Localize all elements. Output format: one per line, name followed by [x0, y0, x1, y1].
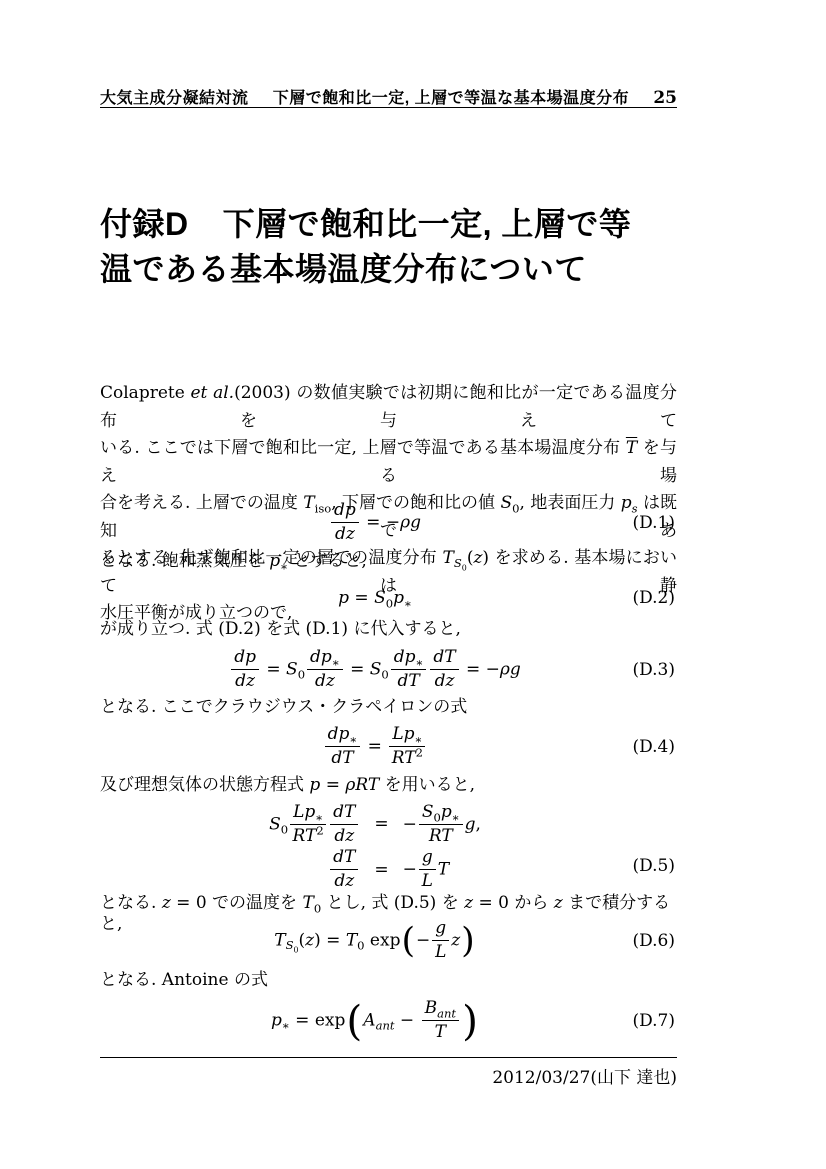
equation-d3: dpdz = S0dp∗dz = S0dp∗dTdTdz = −ρg (D.3)	[100, 646, 677, 693]
equation-d5-row2-lhs: dTdz	[269, 847, 360, 893]
equation-d1-content: dpdz = −ρg	[329, 500, 421, 546]
equation-d4-label: (D.4)	[632, 737, 675, 757]
equation-d5-row-1: S0Lp∗RT2dTdz = −S0p∗RTg,	[269, 802, 481, 848]
equation-d7-label: (D.7)	[632, 1011, 675, 1031]
appendix-title-line-1: 下層で飽和比一定, 上層で等	[223, 206, 632, 242]
equation-d6-label: (D.6)	[632, 931, 675, 951]
equation-d2-label: (D.2)	[632, 588, 675, 608]
paragraph-line: いる. ここでは下層で飽和比一定, 上層で等温である基本場温度分布 T を与える…	[100, 435, 677, 490]
header-page-number: 25	[653, 88, 677, 108]
equation-d4-content: dp∗dT = Lp∗RT2	[323, 724, 428, 770]
document-page: 大気主成分凝結対流 下層で飽和比一定, 上層で等温な基本場温度分布 25 付録D…	[0, 0, 826, 1169]
equation-d5-row-2: dTdz = −gLT	[269, 847, 481, 893]
equation-d3-content: dpdz = S0dp∗dz = S0dp∗dTdTdz = −ρg	[229, 647, 521, 693]
equation-d5-label: (D.5)	[632, 856, 675, 876]
equation-d3-label: (D.3)	[632, 660, 675, 680]
equation-d6-content: TS0(z) = T0 exp(−gLz)	[274, 918, 476, 964]
equation-d5-row2-rel: =	[360, 847, 402, 893]
header-rule	[100, 107, 677, 108]
page-footer: 2012/03/27(山下 達也)	[100, 1063, 677, 1088]
equation-d5-row1-rel: =	[360, 802, 402, 848]
body-line-after-d2: が成り立つ. 式 (D.2) を式 (D.1) に代入すると,	[100, 619, 677, 640]
equation-d7-content: p∗ = exp(Aant − BantT)	[271, 998, 479, 1044]
equation-d7: p∗ = exp(Aant − BantT) (D.7)	[100, 994, 677, 1047]
equation-d5-align: S0Lp∗RT2dTdz = −S0p∗RTg, dTdz = −gLT	[269, 802, 481, 893]
appendix-title-line-2: 温である基本場温度分布について	[100, 251, 587, 287]
appendix-title: 付録D下層で飽和比一定, 上層で等 温である基本場温度分布について	[100, 202, 740, 292]
equation-d6: TS0(z) = T0 exp(−gLz) (D.6)	[100, 917, 677, 964]
equation-d2: p = S0p∗ (D.2)	[100, 584, 677, 611]
equation-d1-label: (D.1)	[632, 513, 675, 533]
equation-d5: S0Lp∗RT2dTdz = −S0p∗RTg, dTdz = −gLT (D.…	[100, 806, 677, 888]
equation-d4: dp∗dT = Lp∗RT2 (D.4)	[100, 723, 677, 770]
body-line-after-d4: 及び理想気体の状態方程式 p = ρRT を用いると,	[100, 775, 677, 796]
page-header: 大気主成分凝結対流 下層で飽和比一定, 上層で等温な基本場温度分布 25	[100, 85, 677, 108]
footer-rule	[100, 1057, 677, 1058]
equation-d5-row2-rhs: −gLT	[403, 847, 481, 893]
paragraph-line: Colaprete et al.(2003) の数値実験では初期に飽和比が一定で…	[100, 380, 677, 435]
equation-d5-row1-lhs: S0Lp∗RT2dTdz	[269, 802, 360, 848]
equation-d5-row1-rhs: −S0p∗RTg,	[403, 802, 481, 848]
footer-date-author: 2012/03/27(山下 達也)	[492, 1068, 677, 1088]
body-line-after-d6: となる. Antoine の式	[100, 970, 677, 991]
equation-d2-content: p = S0p∗	[338, 588, 412, 608]
body-line-after-d1: となる. 飽和蒸気圧を p∗ とすると,	[100, 551, 677, 572]
header-center-title: 下層で飽和比一定, 上層で等温な基本場温度分布	[273, 85, 629, 108]
equation-d1: dpdz = −ρg (D.1)	[100, 499, 677, 546]
body-line-after-d3: となる. ここでクラウジウス・クラペイロンの式	[100, 697, 677, 718]
appendix-title-prefix: 付録D	[100, 206, 189, 242]
header-left-title: 大気主成分凝結対流	[100, 85, 249, 108]
